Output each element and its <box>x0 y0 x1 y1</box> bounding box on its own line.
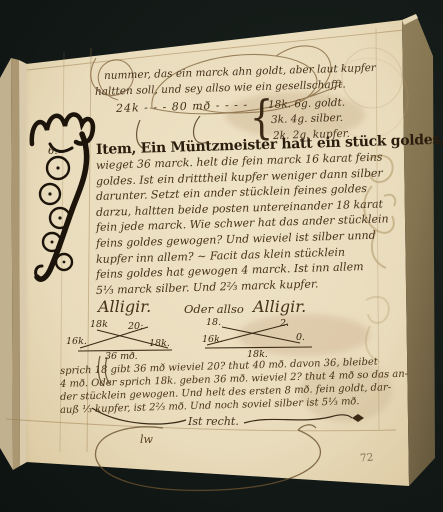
sum-formula: 24k - - - 80 mð - - - - <box>116 99 249 116</box>
oder-allso-label: Oder allso <box>184 303 244 316</box>
sum-result-silver: 3k. 4g. silber. <box>271 112 343 126</box>
text-layer: nummer, das ein marck ahn goldt, aber la… <box>0 0 443 512</box>
cross-left-top-left: 18k <box>90 320 108 331</box>
body-line: 5⅓ marck silber. Und 2⅔ marck kupfer. <box>96 278 319 297</box>
verdict-line: Ist recht. <box>188 416 239 429</box>
sum-result-gold: 18k. 6g. goldt. <box>268 97 345 111</box>
cross-right-top-right: 2. <box>280 319 289 330</box>
folio-number: 72 <box>360 452 374 465</box>
scribe-monogram: lw <box>140 434 153 447</box>
alligir-label-right: Alligir. <box>253 298 306 316</box>
cross-right-bottom-right: 0. <box>296 333 305 344</box>
cross-left-top-right: 20: <box>128 322 143 333</box>
manuscript-photo: nummer, das ein marck ahn goldt, aber la… <box>0 0 443 512</box>
carryover-line: haltten soll, und sey allso wie ein gese… <box>95 79 346 98</box>
cross-right-top-left: 18. <box>206 318 221 329</box>
problem-number: 6. <box>48 146 58 158</box>
cross-left-result: 36 mð. <box>105 352 138 363</box>
cross-left-bottom-left: 16k. <box>66 337 87 348</box>
cross-left-bottom-right: 18k. <box>149 339 170 350</box>
alligir-label-left: Alligir. <box>98 298 151 316</box>
cross-right-bottom-left: 16k. <box>202 335 223 346</box>
